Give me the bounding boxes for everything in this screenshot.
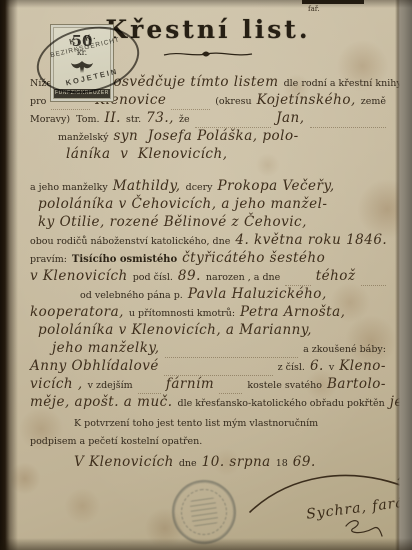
text-segment: od velebného pána p. — [80, 290, 183, 301]
text-segment: v — [329, 362, 334, 373]
text-segment: země — [361, 96, 386, 107]
signature-paraph-icon — [340, 518, 384, 540]
text-segment: kostele svatého — [247, 380, 322, 391]
dotted-rule — [138, 379, 161, 394]
form-line: manželskýsyn Josefa Poláška, polo- — [30, 128, 386, 146]
text-segment: fárním — [166, 376, 214, 392]
text-segment: měje, apošt. a muč. — [30, 394, 173, 410]
text-segment: že — [179, 114, 190, 125]
form-line: Anny Obhlídalovéz čísl.6.vKleno- — [30, 358, 386, 376]
text-segment: (okresu — [215, 96, 251, 107]
oval-stamp-line3: KOJETEIN — [42, 61, 141, 92]
text-segment: podpisem a pečetí kostelní opatřen. — [30, 436, 202, 447]
dotted-rule — [195, 113, 271, 128]
form-line: a jeho manželkyMathildy,dceryProkopa Več… — [30, 178, 386, 196]
text-segment: 4. května roku 1846. — [235, 232, 387, 248]
text-segment: narozen , a dne — [206, 272, 280, 283]
form-line: vicích ,v zdejšímfárnímkostele svatéhoBa… — [30, 376, 386, 394]
district-court-oval-stamp: K. K. BEZIRKSGERICHT KOJETEIN — [30, 17, 146, 103]
text-segment: čtyřicátého šestého — [182, 250, 325, 266]
form-line: obou rodičů náboženství katolického, dne… — [30, 232, 386, 250]
text-segment: II. — [104, 110, 120, 126]
text-segment: jeho manželky, — [52, 340, 160, 356]
text-segment: obou rodičů náboženství katolického, dne — [30, 236, 230, 247]
form-line: ky Otilie, rozené Bělinové z Čehovic, — [30, 214, 386, 232]
form-line: měje, apošt. a muč.dle křesťansko-katoli… — [30, 394, 386, 412]
text-segment: pololáníka v Čehovicích, a jeho manžel- — [38, 196, 328, 212]
form-line: pravím:Tisícího osmistéhočtyřicátého šes… — [30, 250, 386, 268]
dotted-rule — [361, 271, 386, 286]
text-segment: láníka v Klenovicích, — [66, 146, 227, 162]
form-line: kooperatora,u přítomnosti kmotrů:Petra A… — [30, 304, 386, 322]
text-segment: ky Otilie, rozené Bělinové z Čehovic, — [38, 214, 307, 230]
dotted-rule — [219, 379, 242, 394]
text-segment: u přítomnosti kmotrů: — [129, 308, 235, 319]
text-segment: syn Josefa Poláška, polo- — [113, 128, 298, 144]
text-segment: Prokopa Večeřy, — [218, 178, 335, 194]
text-segment: Anny Obhlídalové — [30, 358, 159, 374]
text-segment: 73., — [146, 110, 174, 126]
text-segment: str. — [126, 114, 141, 125]
form-line: láníka v Klenovicích, — [30, 146, 386, 164]
attestation-line: podpisem a pečetí kostelní opatřen. — [30, 436, 386, 454]
text-segment: 6. — [310, 358, 324, 374]
text-segment: Tisícího osmistého — [72, 254, 177, 265]
text-segment: vicích , — [30, 376, 83, 392]
text-segment: v Klenovicích — [30, 268, 128, 284]
text-segment: Mathildy, — [113, 178, 181, 194]
text-segment: Jan, — [276, 110, 304, 126]
text-segment: Kojetínského, — [257, 92, 356, 108]
form-line: Moravy) Tom.II.str.73.,žeJan, — [30, 110, 386, 128]
photo-edge-bottom — [0, 538, 412, 550]
stamp-area: 50 kr. FÜNFZIGKREUZER K. K. BEZIRKSGERIC… — [34, 20, 144, 106]
form-line: jeho manželky,a zkoušené báby: — [30, 340, 386, 358]
text-segment: dle rodní a křestní knihy — [284, 78, 402, 89]
dotted-rule — [310, 113, 386, 128]
text-segment: manželský — [58, 132, 108, 143]
form-line: pololáníka v Čehovicích, a jeho manžel- — [30, 196, 386, 214]
text-segment: Petra Arnošta, — [240, 304, 345, 320]
dotted-rule — [285, 271, 310, 286]
photo-edge-top — [0, 0, 412, 8]
attestation-line: K potvrzení toho jest tento list mým vla… — [30, 418, 386, 436]
title-divider-ornament-icon — [162, 48, 254, 60]
text-segment: z čísl. — [278, 362, 305, 373]
form-line: pololáníka v Klenovicích, a Marianny, — [30, 322, 386, 340]
text-segment: Bartolo- — [327, 376, 386, 392]
text-segment: v zdejším — [88, 380, 133, 391]
text-segment: kooperatora, — [30, 304, 124, 320]
dotted-rule — [165, 343, 299, 358]
text-segment: K potvrzení toho jest tento list mým vla… — [74, 418, 318, 429]
form-line: v Klenovicíchpod čísl.89.narozen , a dne… — [30, 268, 386, 286]
dotted-rule — [171, 95, 210, 110]
text-segment: pod čísl. — [133, 272, 173, 283]
dotted-rule — [164, 361, 273, 376]
text-segment: pravím: — [30, 254, 67, 265]
text-segment: pololáníka v Klenovicích, a Marianny, — [38, 322, 312, 338]
form-line: od velebného pána p.Pavla Haluzického, — [30, 286, 386, 304]
photo-edge-right — [395, 0, 412, 550]
text-segment: a zkoušené báby: — [303, 344, 386, 355]
text-segment: téhož — [316, 268, 356, 284]
text-segment: dne — [179, 458, 197, 469]
text-segment: V Klenovicích — [74, 454, 174, 470]
certificate-body: Nížepsaný dosvědčuje tímto listemdle rod… — [30, 74, 386, 472]
text-segment: dcery — [186, 182, 213, 193]
text-segment: Moravy) Tom. — [30, 114, 99, 125]
text-segment: Pavla Haluzického, — [188, 286, 327, 302]
text-segment: 89. — [178, 268, 201, 284]
text-segment: a jeho manželky — [30, 182, 108, 193]
text-segment: Kleno- — [339, 358, 386, 374]
text-segment: dle křesťansko-katolického obřadu pokřtě… — [178, 398, 385, 409]
